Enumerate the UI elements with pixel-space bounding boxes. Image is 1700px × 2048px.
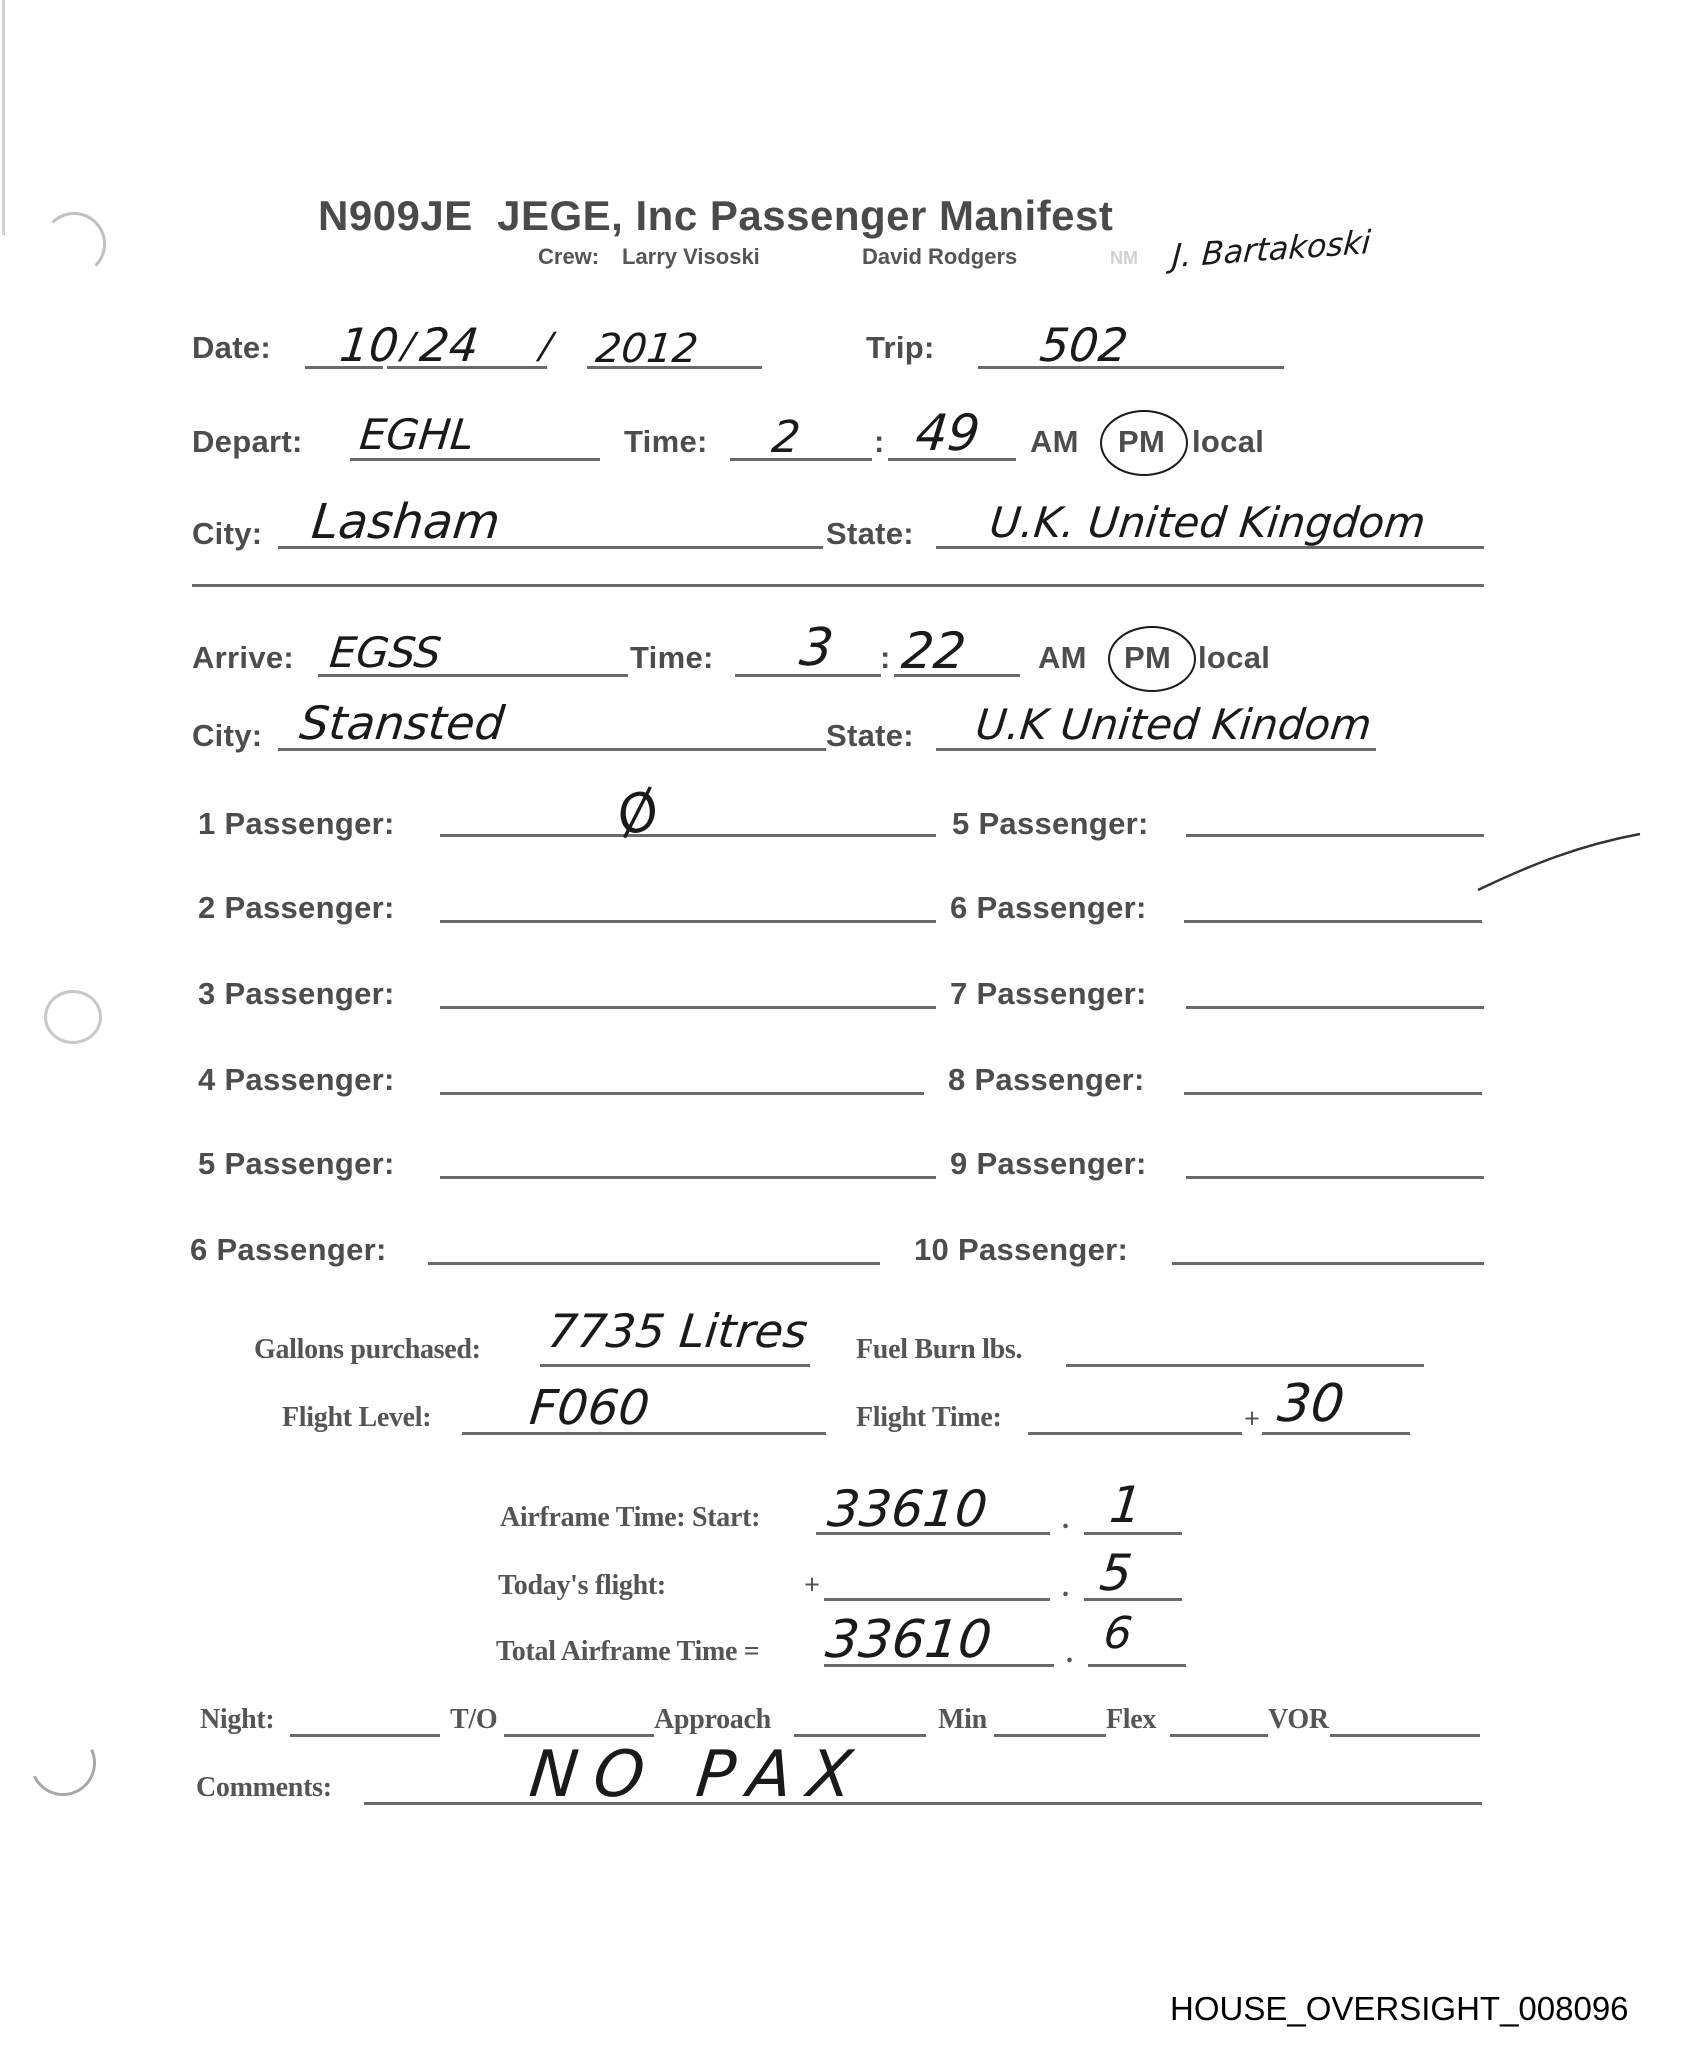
approach-label: Approach xyxy=(654,1704,771,1736)
takeoff-line[interactable] xyxy=(504,1734,654,1737)
passenger-6-label: 6 Passenger: xyxy=(190,1232,387,1268)
arrive-hour-value[interactable]: 3 xyxy=(797,618,836,678)
pen-stroke-mark xyxy=(1470,820,1670,900)
arrive-state-value[interactable]: U.K United Kindom xyxy=(973,700,1374,749)
passenger-r5-line[interactable] xyxy=(1186,834,1484,837)
todays-flight-plus: + xyxy=(804,1570,820,1602)
document-id: HOUSE_OVERSIGHT_008096 xyxy=(1170,1990,1629,2028)
date-separator-1: / xyxy=(400,326,416,367)
passenger-r6-line[interactable] xyxy=(1184,920,1482,923)
depart-time-colon: : xyxy=(874,424,885,460)
hole-punch-bottom xyxy=(21,1721,106,1806)
flight-time-plus: + xyxy=(1244,1404,1260,1436)
arrive-minute-value[interactable]: 22 xyxy=(899,622,969,680)
date-year-value[interactable]: 2012 xyxy=(594,326,701,372)
approach-line[interactable] xyxy=(794,1734,926,1737)
comments-label: Comments: xyxy=(196,1772,332,1804)
night-label: Night: xyxy=(200,1704,274,1736)
passenger-1-value[interactable]: Ø xyxy=(609,779,668,849)
arrive-am-option[interactable]: AM xyxy=(1038,640,1087,676)
total-airframe-label: Total Airframe Time = xyxy=(496,1636,759,1668)
min-line[interactable] xyxy=(994,1734,1106,1737)
passenger-9-label: 9 Passenger: xyxy=(950,1146,1147,1182)
date-month-value[interactable]: 10 xyxy=(337,318,401,372)
todays-flight-label: Today's flight: xyxy=(498,1570,666,1602)
passenger-3-label: 3 Passenger: xyxy=(198,976,395,1012)
date-label: Date: xyxy=(192,330,271,366)
total-airframe-tenths-value[interactable]: 6 xyxy=(1101,1608,1134,1659)
passenger-7-line[interactable] xyxy=(1186,1006,1484,1009)
arrive-label: Arrive: xyxy=(192,640,294,676)
todays-flight-whole-line[interactable] xyxy=(824,1598,1050,1601)
depart-state-label: State: xyxy=(826,516,914,552)
trip-line xyxy=(978,366,1284,369)
passenger-8-line[interactable] xyxy=(1184,1092,1482,1095)
passenger-r5-label: 5 Passenger: xyxy=(952,806,1149,842)
night-line[interactable] xyxy=(290,1734,440,1737)
depart-pm-selected-circle xyxy=(1100,410,1188,476)
crew-handwritten-name: J. Bartakoski xyxy=(1171,223,1372,275)
passenger-10-label: 10 Passenger: xyxy=(914,1232,1128,1268)
trip-label: Trip: xyxy=(866,330,935,366)
passenger-5-line[interactable] xyxy=(440,1176,936,1179)
passenger-8-label: 8 Passenger: xyxy=(948,1062,1145,1098)
depart-minute-value[interactable]: 49 xyxy=(913,404,983,462)
airframe-start-whole-value[interactable]: 33610 xyxy=(825,1480,990,1538)
crew-member-1: Larry Visoski xyxy=(622,244,760,270)
comments-value[interactable]: NO PAX xyxy=(526,1738,871,1812)
depart-city-label: City: xyxy=(192,516,262,552)
gallons-purchased-label: Gallons purchased: xyxy=(254,1334,481,1366)
flight-time-value[interactable]: 30 xyxy=(1275,1374,1347,1434)
min-label: Min xyxy=(938,1704,987,1736)
depart-hour-line xyxy=(730,458,872,461)
passenger-1-line xyxy=(440,834,936,837)
passenger-2-label: 2 Passenger: xyxy=(198,890,395,926)
passenger-2-line[interactable] xyxy=(440,920,936,923)
flight-time-label: Flight Time: xyxy=(856,1402,1001,1434)
gallons-purchased-line xyxy=(540,1364,810,1367)
passenger-6-line[interactable] xyxy=(428,1262,880,1265)
depart-label: Depart: xyxy=(192,424,303,460)
arrive-city-value[interactable]: Stansted xyxy=(297,696,507,750)
depart-hour-value[interactable]: 2 xyxy=(769,412,802,463)
passenger-r6-label: 6 Passenger: xyxy=(950,890,1147,926)
flight-level-label: Flight Level: xyxy=(282,1402,431,1434)
passenger-7-label: 7 Passenger: xyxy=(950,976,1147,1012)
passenger-5-label: 5 Passenger: xyxy=(198,1146,395,1182)
gallons-purchased-value[interactable]: 7735 Litres xyxy=(545,1304,810,1358)
arrive-airport-value[interactable]: EGSS xyxy=(327,628,443,677)
crew-member-2: David Rodgers xyxy=(862,244,1017,270)
trip-value[interactable]: 502 xyxy=(1037,318,1130,372)
flex-label: Flex xyxy=(1106,1704,1156,1736)
flex-line[interactable] xyxy=(1170,1734,1268,1737)
passenger-4-line[interactable] xyxy=(440,1092,924,1095)
passenger-1-label: 1 Passenger: xyxy=(198,806,395,842)
hole-punch-top xyxy=(42,212,106,276)
fuel-burn-line[interactable] xyxy=(1066,1364,1424,1367)
manifest-title: JEGE, Inc Passenger Manifest xyxy=(497,192,1113,239)
arrive-state-label: State: xyxy=(826,718,914,754)
flight-time-hours-line[interactable] xyxy=(1028,1432,1242,1435)
depart-time-label: Time: xyxy=(624,424,708,460)
arrive-time-colon: : xyxy=(880,640,891,676)
passenger-9-line[interactable] xyxy=(1186,1176,1484,1179)
flight-level-value[interactable]: F060 xyxy=(527,1380,652,1436)
airframe-start-decimal: . xyxy=(1062,1504,1069,1536)
depart-state-value[interactable]: U.K. United Kingdom xyxy=(987,498,1428,547)
total-airframe-tenths-line xyxy=(1088,1664,1186,1667)
scan-edge-line xyxy=(2,0,5,235)
depart-local-label: local xyxy=(1192,424,1264,460)
total-airframe-decimal: . xyxy=(1066,1638,1073,1670)
page-title: N909JE JEGE, Inc Passenger Manifest xyxy=(318,192,1113,240)
airframe-start-tenths-value[interactable]: 1 xyxy=(1107,1476,1145,1534)
vor-line[interactable] xyxy=(1330,1734,1480,1737)
crew-initials-faded: NM xyxy=(1110,248,1138,269)
vor-label: VOR xyxy=(1268,1704,1329,1736)
arrive-local-label: local xyxy=(1198,640,1270,676)
arrive-time-label: Time: xyxy=(630,640,714,676)
passenger-4-label: 4 Passenger: xyxy=(198,1062,395,1098)
total-airframe-whole-value[interactable]: 33610 xyxy=(823,1610,995,1670)
arrive-pm-selected-circle xyxy=(1108,626,1196,692)
fuel-burn-label: Fuel Burn lbs. xyxy=(856,1334,1022,1366)
arrive-city-label: City: xyxy=(192,718,262,754)
date-separator-2: / xyxy=(538,326,554,367)
depart-extra-line xyxy=(192,584,1484,587)
passenger-3-line[interactable] xyxy=(440,1006,936,1009)
todays-flight-tenths-value[interactable]: 5 xyxy=(1097,1544,1135,1602)
tail-number: N909JE xyxy=(318,192,473,239)
depart-airport-value[interactable]: EGHL xyxy=(357,410,476,459)
airframe-start-label: Airframe Time: Start: xyxy=(500,1502,760,1534)
crew-label: Crew: xyxy=(538,244,599,270)
date-day-value[interactable]: 24 xyxy=(417,318,481,372)
takeoff-label: T/O xyxy=(450,1704,497,1736)
depart-am-option[interactable]: AM xyxy=(1030,424,1079,460)
todays-flight-decimal: . xyxy=(1062,1572,1069,1604)
hole-punch-middle xyxy=(44,990,102,1044)
passenger-10-line[interactable] xyxy=(1172,1262,1484,1265)
depart-city-value[interactable]: Lasham xyxy=(309,494,503,550)
